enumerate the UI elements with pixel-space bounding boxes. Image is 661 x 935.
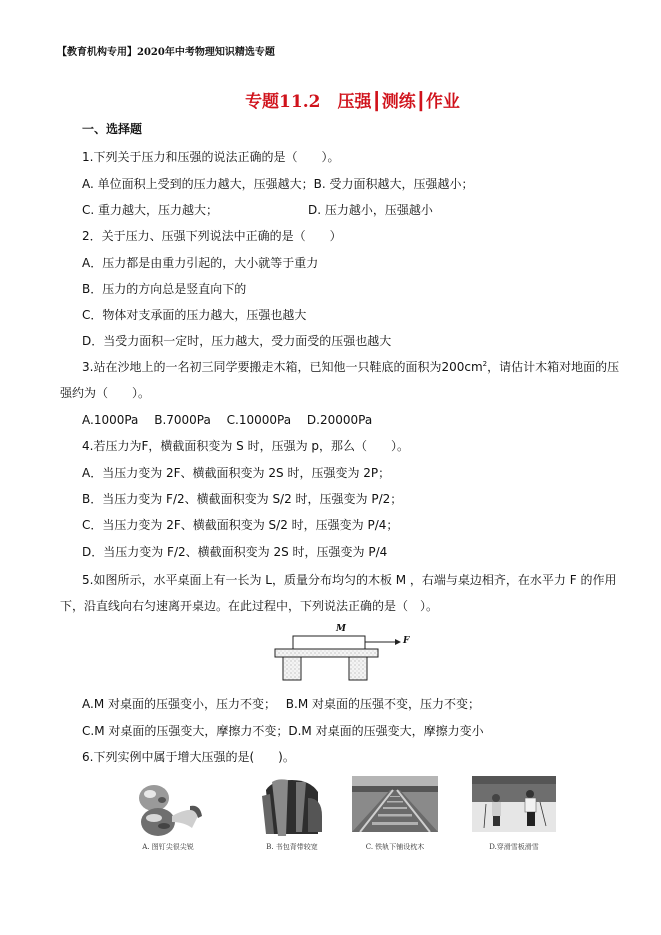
- page-title: 专题11.2 压强┃测练┃作业: [0, 87, 661, 112]
- photo-a-caption: A. 图钉尖很尖锐: [118, 842, 218, 852]
- question-4-option-d: D．当压力变为 F/2、横截面积变为 2S 时，压强变为 P/4: [82, 543, 387, 560]
- photo-b-caption: B. 书包背带较宽: [242, 842, 342, 852]
- question-2-option-a: A．压力都是由重力引起的，大小就等于重力: [82, 254, 318, 271]
- question-2-option-b: B．压力的方向总是竖直向下的: [82, 280, 246, 297]
- question-6-stem: 6.下列实例中属于增大压强的是( )。: [82, 748, 295, 765]
- document-header: 【教育机构专用】2020年中考物理知识精选专题: [57, 43, 275, 58]
- section-heading: 一、选择题: [82, 120, 142, 137]
- question-1-options-ab: A. 单位面积上受到的压力越大，压强越大；B. 受力面积越大，压强越小；: [82, 175, 474, 192]
- question-5-options-cd: C.M 对桌面的压强变大，摩擦力不变；D.M 对桌面的压强变大，摩擦力变小: [82, 722, 484, 739]
- question-3-stem-line1: 3.站在沙地上的一名初三同学要搬走木箱，已知他一只鞋底的面积为200cm2，请估…: [82, 358, 619, 375]
- board-on-table-diagram: M F: [270, 624, 420, 684]
- question-3-stem-line2: 强约为（ ）。: [60, 384, 150, 401]
- question-5-stem-line1: 5.如图所示，水平桌面上有一长为 L，质量分布均匀的木板 M ，右端与桌边相齐，…: [82, 571, 616, 588]
- question-1-stem: 1.下列关于压力和压强的说法正确的是（ ）。: [82, 148, 339, 165]
- question-3-stem-post: ，请估计木箱对地面的压: [487, 360, 619, 374]
- question-4-stem: 4.若压力为F，横截面积变为 S 时，压强为 p，那么（ ）。: [82, 437, 409, 454]
- question-6-image-row: A. 图钉尖很尖锐 B. 书包背带较宽: [120, 776, 560, 856]
- board-label: M: [336, 624, 346, 634]
- photo-d-caption: D.穿滑雪板滑雪: [464, 842, 564, 852]
- question-2-option-d: D．当受力面积一定时，压力越大，受力面受的压强也越大: [82, 332, 391, 349]
- question-3-stem-pre: 3.站在沙地上的一名初三同学要搬走木箱，已知他一只鞋底的面积为200cm: [82, 360, 483, 374]
- force-label: F: [403, 636, 409, 646]
- question-5-options-ab: A.M 对桌面的压强变小，压力不变； B.M 对桌面的压强不变，压力不变；: [82, 695, 480, 712]
- question-4-option-a: A．当压力变为 2F、横截面积变为 2S 时，压强变为 2P；: [82, 464, 390, 481]
- backpack-photo-icon: [252, 776, 332, 840]
- question-1-options-cd: C. 重力越大，压力越大； D. 压力越小，压强越小: [82, 201, 433, 218]
- question-2-stem: 2．关于压力、压强下列说法中正确的是（ ）: [82, 227, 342, 244]
- question-4-option-c: C．当压力变为 2F、横截面积变为 S/2 时，压强变为 P/4；: [82, 516, 398, 533]
- question-2-option-c: C．物体对支承面的压力越大，压强也越大: [82, 306, 306, 323]
- question-3-options: A.1000Pa B.7000Pa C.10000Pa D.20000Pa: [82, 411, 372, 428]
- question-5-stem-line2: 下，沿直线向右匀速离开桌边。在此过程中，下列说法正确的是（ ）。: [60, 597, 438, 614]
- photo-c-caption: C. 铁轨下铺设枕木: [345, 842, 445, 852]
- question-4-option-b: B．当压力变为 F/2、横截面积变为 S/2 时，压强变为 P/2；: [82, 490, 402, 507]
- skiing-photo-icon: [472, 776, 556, 840]
- railway-photo-icon: [352, 776, 438, 840]
- thumbtack-photo-icon: [128, 776, 208, 840]
